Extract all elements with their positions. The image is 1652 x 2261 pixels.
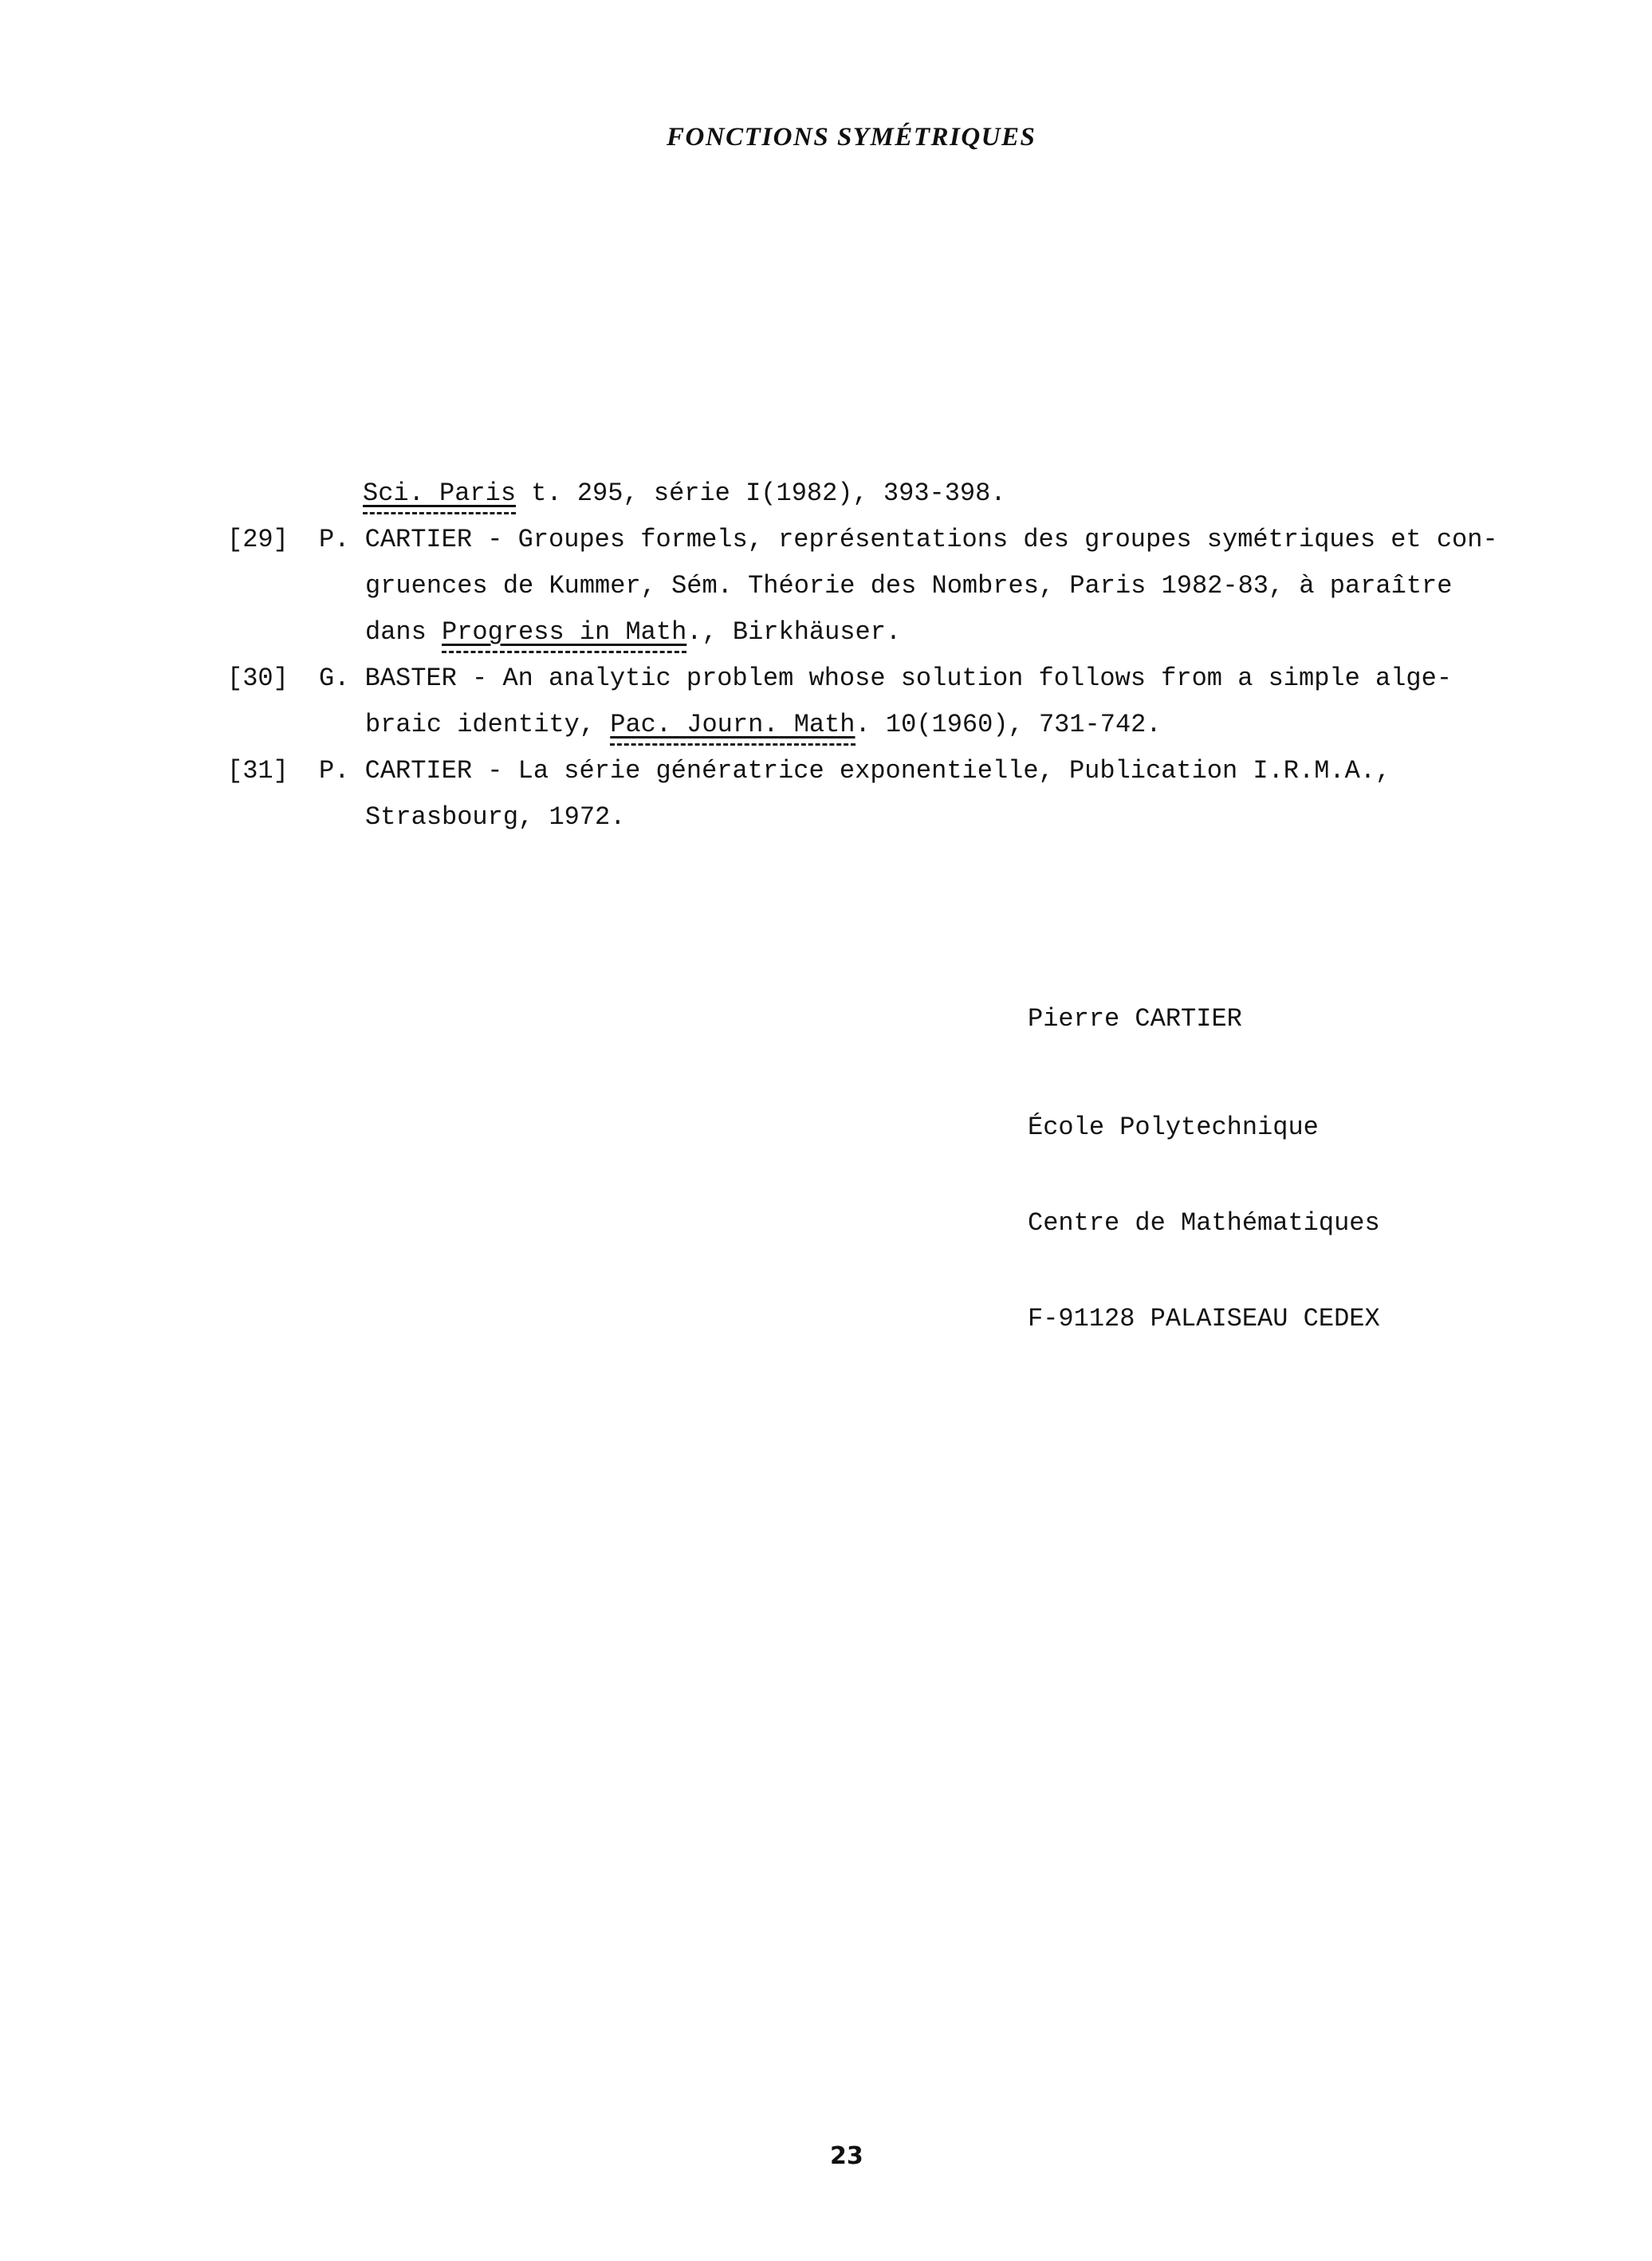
bib-entry-label: [29] [227,517,319,563]
text-segment: t. 295, série I(1982), 393-398. [516,479,1006,508]
text-line: Strasbourg, 1972. [365,794,1551,841]
bib-entry-29: [29] P. CARTIER - Groupes formels, repré… [227,517,1551,656]
text-line: braic identity, Pac. Journ. Math. 10(196… [365,702,1551,748]
text-segment: . 10(1960), 731-742. [855,710,1162,739]
author-name: Pierre CARTIER [1028,1003,1380,1035]
text-segment: G. BASTER - An analytic problem whose so… [319,664,1452,693]
text-line: P. CARTIER - Groupes formels, représenta… [319,517,1551,563]
scanned-paper-page: FONCTIONS SYMÉTRIQUES Sci. Paris t. 295,… [0,0,1652,2261]
running-head-title: FONCTIONS SYMÉTRIQUES [667,123,1036,152]
text-segment: P. CARTIER - La série génératrice expone… [319,756,1390,786]
text-segment: braic identity, [365,710,610,739]
text-segment: dans [365,617,442,647]
bib-entry-body: P. CARTIER - Groupes formels, représenta… [319,517,1551,656]
text-line: P. CARTIER - La série génératrice expone… [319,748,1551,794]
bib-carryover-line: Sci. Paris t. 295, série I(1982), 393-39… [363,471,1551,517]
text-segment: P. CARTIER - Groupes formels, représenta… [319,525,1498,554]
text-line: gruences de Kummer, Sém. Théorie des Nom… [365,563,1551,609]
bib-entry-label: [31] [227,748,319,794]
journal-title-underlined: Sci. Paris [363,479,516,514]
text-segment: ., Birkhäuser. [686,617,901,647]
affiliation-postal-address: F-91128 PALAISEAU CEDEX [1028,1303,1380,1335]
text-segment: Strasbourg, 1972. [365,802,625,832]
bibliography: Sci. Paris t. 295, série I(1982), 393-39… [227,471,1551,841]
bib-entry-31: [31] P. CARTIER - La série génératrice e… [227,748,1551,841]
bib-entry-body: P. CARTIER - La série génératrice expone… [319,748,1551,841]
journal-title-underlined: Pac. Journ. Math [610,710,855,746]
bib-entry-label: [30] [227,656,319,702]
bib-entry-30: [30] G. BASTER - An analytic problem who… [227,656,1551,748]
text-line: G. BASTER - An analytic problem whose so… [319,656,1551,702]
affiliation-institution: École Polytechnique [1028,1112,1380,1144]
text-line: dans Progress in Math., Birkhäuser. [365,609,1551,656]
text-segment: gruences de Kummer, Sém. Théorie des Nom… [365,571,1452,601]
affiliation-department: Centre de Mathématiques [1028,1207,1380,1239]
author-address-block: Pierre CARTIER École Polytechnique Centr… [1028,939,1380,1399]
bib-entry-body: G. BASTER - An analytic problem whose so… [319,656,1551,748]
page-number: 23 [830,2142,863,2170]
journal-title-underlined: Progress in Math [442,617,686,653]
